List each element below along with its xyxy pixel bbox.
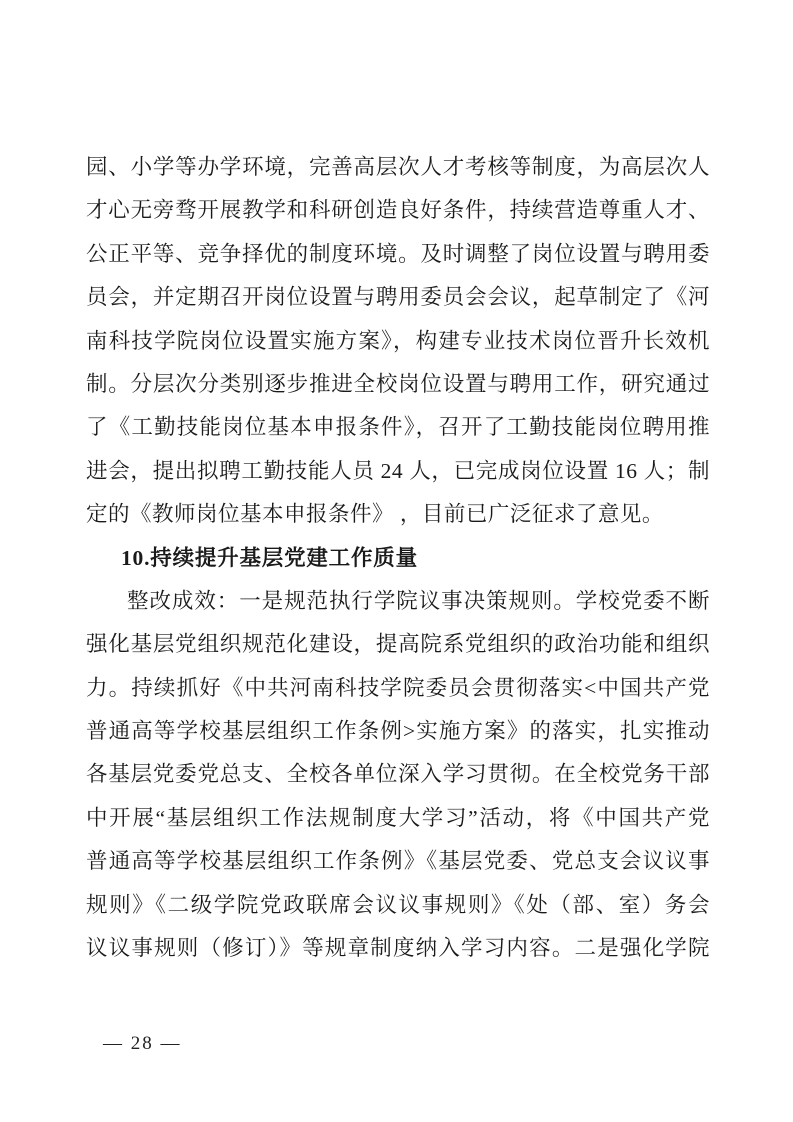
- document-body: 园、小学等办学环境，完善高层次人才考核等制度，为高层次人 才心无旁骛开展教学和科…: [86, 146, 710, 970]
- document-page: 园、小学等办学环境，完善高层次人才考核等制度，为高层次人 才心无旁骛开展教学和科…: [0, 0, 793, 1122]
- text-line: 了《工勤技能岗位基本申报条件》，召开了工勤技能岗位聘用推: [86, 406, 710, 449]
- text-line: 中开展“基层组织工作法规制度大学习”活动，将《中国共产党: [86, 797, 710, 840]
- text-line: 强化基层党组织规范化建设，提高院系党组织的政治功能和组织: [86, 623, 710, 666]
- text-line: 普通高等学校基层组织工作条例>实施方案》的落实，扎实推动: [86, 710, 710, 753]
- text-line: 各基层党委党总支、全校各单位深入学习贯彻。在全校党务干部: [86, 753, 710, 796]
- text-line: 南科技学院岗位设置实施方案》，构建专业技术岗位晋升长效机: [86, 320, 710, 363]
- text-line: 园、小学等办学环境，完善高层次人才考核等制度，为高层次人: [86, 146, 710, 189]
- text-line: 整改成效：一是规范执行学院议事决策规则。学校党委不断: [86, 580, 710, 623]
- text-line: 定的《教师岗位基本申报条件》 ，目前已广泛征求了意见。: [86, 493, 710, 536]
- text-line: 员会，并定期召开岗位设置与聘用委员会会议，起草制定了《河: [86, 276, 710, 319]
- text-line: 普通高等学校基层组织工作条例》《基层党委、党总支会议议事: [86, 840, 710, 883]
- text-line: 才心无旁骛开展教学和科研创造良好条件，持续营造尊重人才、: [86, 189, 710, 232]
- text-line: 规则》《二级学院党政联席会议议事规则》《处（部、室）务会: [86, 884, 710, 927]
- page-number: — 28 —: [103, 1031, 182, 1057]
- text-line: 力。持续抓好《中共河南科技学院委员会贯彻落实<中国共产党: [86, 667, 710, 710]
- text-line: 公正平等、竞争择优的制度环境。及时调整了岗位设置与聘用委: [86, 233, 710, 276]
- section-heading: 10.持续提升基层党建工作质量: [86, 537, 710, 580]
- text-line: 进会，提出拟聘工勤技能人员 24 人，已完成岗位设置 16 人；制: [86, 450, 710, 493]
- text-line: 议议事规则（修订）》等规章制度纳入学习内容。二是强化学院: [86, 927, 710, 970]
- text-line: 制。分层次分类别逐步推进全校岗位设置与聘用工作，研究通过: [86, 363, 710, 406]
